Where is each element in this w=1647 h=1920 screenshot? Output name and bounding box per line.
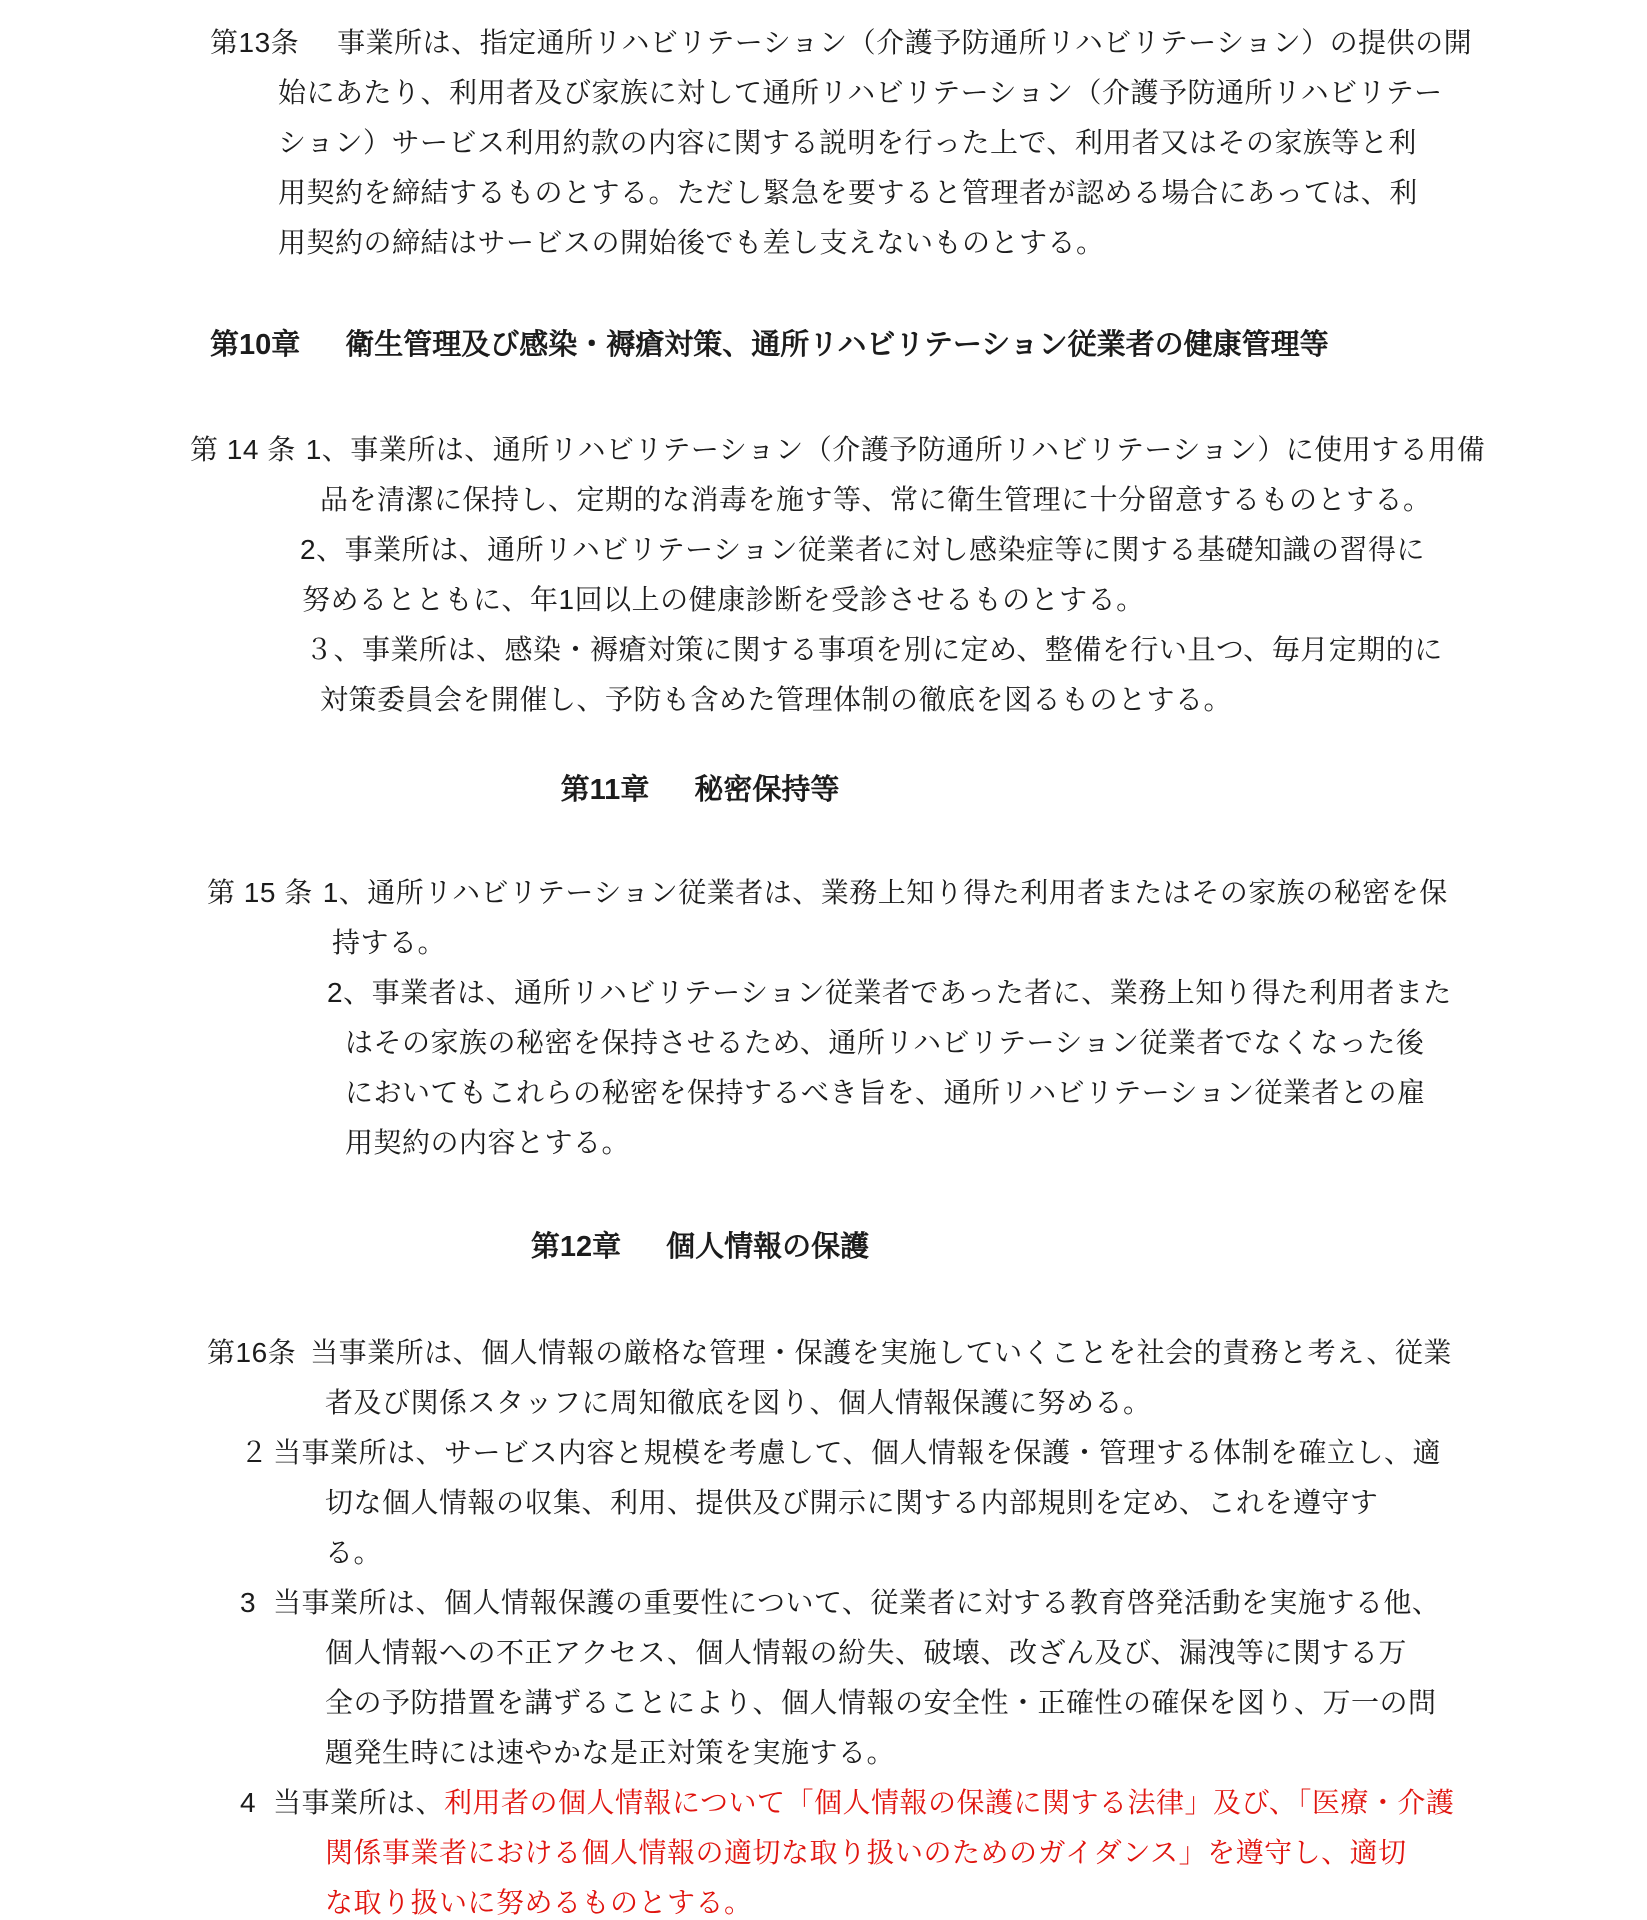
article-13-line-1: 第13条事業所は、指定通所リハビリテーション（介護予防通所リハビリテーション）の…	[210, 18, 1472, 68]
article-16-item4-line-1: 4当事業所は、利用者の個人情報について「個人情報の保護に関する法律」及び、「医療…	[207, 1778, 1454, 1828]
article-13-line-4: 用契約を締結するものとする。ただし緊急を要すると管理者が認める場合にあっては、利	[210, 168, 1472, 218]
article-14-text-1: 1、事業所は、通所リハビリテーション（介護予防通所リハビリテーション）に使用する…	[306, 434, 1486, 465]
article-13-text-1: 事業所は、指定通所リハビリテーション（介護予防通所リハビリテーション）の提供の開	[337, 27, 1472, 58]
article-15-line-1: 第 15 条1、通所リハビリテーション従業者は、業務上知り得た利用者またはその家…	[207, 868, 1452, 918]
article-16-item4-red-line-2: 関係事業者における個人情報の適切な取り扱いのためのガイダンス」を遵守し、適切	[207, 1828, 1454, 1878]
chapter-10-number: 第10章	[210, 329, 300, 361]
article-14-line-5: ３、事業所は、感染・褥瘡対策に関する事項を別に定め、整備を行い且つ、毎月定期的に	[190, 625, 1485, 675]
article-16-item4-red-line-3: な取り扱いに努めるものとする。	[207, 1878, 1454, 1920]
article-13-line-3: ション）サービス利用約款の内容に関する説明を行った上で、利用者又はその家族等と利	[210, 118, 1472, 168]
article-16-item1-text-1: 当事業所は、個人情報の厳格な管理・保護を実施していくことを社会的責務と考え、従業	[310, 1337, 1452, 1368]
article-14-line-3: 2、事業所は、通所リハビリテーション従業者に対し感染症等に関する基礎知識の習得に	[190, 525, 1485, 575]
chapter-10-title: 衛生管理及び感染・褥瘡対策、通所リハビリテーション従業者の健康管理等	[345, 329, 1328, 361]
article-16-item2-line-3: る。	[207, 1528, 1454, 1578]
article-14-line-2: 品を清潔に保持し、定期的な消毒を施す等、常に衛生管理に十分留意するものとする。	[190, 475, 1485, 525]
article-16-item3-number: 3	[240, 1578, 273, 1628]
article-16-item3-line-3: 全の予防措置を講ずることにより、個人情報の安全性・正確性の確保を図り、万一の問	[207, 1678, 1454, 1728]
article-16-item3-line-1: 3当事業所は、個人情報保護の重要性について、従業者に対する教育啓発活動を実施する…	[207, 1578, 1454, 1628]
chapter-12-heading: 第12章個人情報の保護	[210, 1222, 1190, 1272]
article-15-line-2: 持する。	[207, 918, 1452, 968]
article-16-item1-line-2: 者及び関係スタッフに周知徹底を図り、個人情報保護に努める。	[207, 1378, 1454, 1428]
article-14: 第 14 条1、事業所は、通所リハビリテーション（介護予防通所リハビリテーション…	[190, 425, 1485, 725]
article-13-number: 第13条	[210, 27, 299, 58]
article-16-item2-number: ２	[240, 1428, 273, 1478]
article-16-item4-lead: 当事業所は、	[273, 1787, 444, 1818]
article-13-line-5: 用契約の締結はサービスの開始後でも差し支えないものとする。	[210, 218, 1472, 268]
article-16-item3-text-1: 当事業所は、個人情報保護の重要性について、従業者に対する教育啓発活動を実施する他…	[273, 1587, 1440, 1618]
chapter-12-number: 第12章	[531, 1231, 621, 1263]
article-16: 第16条当事業所は、個人情報の厳格な管理・保護を実施していくことを社会的責務と考…	[207, 1328, 1454, 1920]
article-16-item3-line-4: 題発生時には速やかな是正対策を実施する。	[207, 1728, 1454, 1778]
article-16-item2-line-1: ２当事業所は、サービス内容と規模を考慮して、個人情報を保護・管理する体制を確立し…	[207, 1428, 1454, 1478]
article-16-number: 第16条	[207, 1337, 296, 1368]
chapter-11-heading: 第11章秘密保持等	[210, 765, 1190, 815]
article-15-line-4: はその家族の秘密を保持させるため、通所リハビリテーション従業者でなくなった後	[207, 1018, 1452, 1068]
article-14-line-1: 第 14 条1、事業所は、通所リハビリテーション（介護予防通所リハビリテーション…	[190, 425, 1485, 475]
article-13: 第13条事業所は、指定通所リハビリテーション（介護予防通所リハビリテーション）の…	[210, 18, 1472, 268]
document-page: 第13条事業所は、指定通所リハビリテーション（介護予防通所リハビリテーション）の…	[0, 0, 1647, 1920]
article-15-line-3: 2、事業者は、通所リハビリテーション従業者であった者に、業務上知り得た利用者また	[207, 968, 1452, 1018]
chapter-11-number: 第11章	[561, 774, 650, 806]
article-16-line-1: 第16条当事業所は、個人情報の厳格な管理・保護を実施していくことを社会的責務と考…	[207, 1328, 1454, 1378]
article-16-item3-line-2: 個人情報への不正アクセス、個人情報の紛失、破壊、改ざん及び、漏洩等に関する万	[207, 1628, 1454, 1678]
article-14-line-6: 対策委員会を開催し、予防も含めた管理体制の徹底を図るものとする。	[190, 675, 1485, 725]
chapter-10-heading: 第10章衛生管理及び感染・褥瘡対策、通所リハビリテーション従業者の健康管理等	[210, 320, 1190, 370]
article-16-item2-text-1: 当事業所は、サービス内容と規模を考慮して、個人情報を保護・管理する体制を確立し、…	[273, 1437, 1441, 1468]
chapter-12-title: 個人情報の保護	[666, 1231, 869, 1263]
article-15: 第 15 条1、通所リハビリテーション従業者は、業務上知り得た利用者またはその家…	[207, 868, 1452, 1168]
chapter-11-title: 秘密保持等	[694, 774, 839, 806]
article-15-line-6: 用契約の内容とする。	[207, 1118, 1452, 1168]
article-15-number: 第 15 条	[207, 877, 313, 908]
article-16-item2-line-2: 切な個人情報の収集、利用、提供及び開示に関する内部規則を定め、これを遵守す	[207, 1478, 1454, 1528]
article-14-line-4: 努めるとともに、年1回以上の健康診断を受診させるものとする。	[190, 575, 1485, 625]
article-16-item4-red-text-1: 利用者の個人情報について「個人情報の保護に関する法律」及び、「医療・介護	[444, 1787, 1454, 1818]
article-13-line-2: 始にあたり、利用者及び家族に対して通所リハビリテーション（介護予防通所リハビリテ…	[210, 68, 1472, 118]
article-15-text-1: 1、通所リハビリテーション従業者は、業務上知り得た利用者またはその家族の秘密を保	[323, 877, 1448, 908]
article-14-number: 第 14 条	[190, 434, 296, 465]
article-15-line-5: においてもこれらの秘密を保持するべき旨を、通所リハビリテーション従業者との雇	[207, 1068, 1452, 1118]
article-16-item4-number: 4	[240, 1778, 273, 1828]
